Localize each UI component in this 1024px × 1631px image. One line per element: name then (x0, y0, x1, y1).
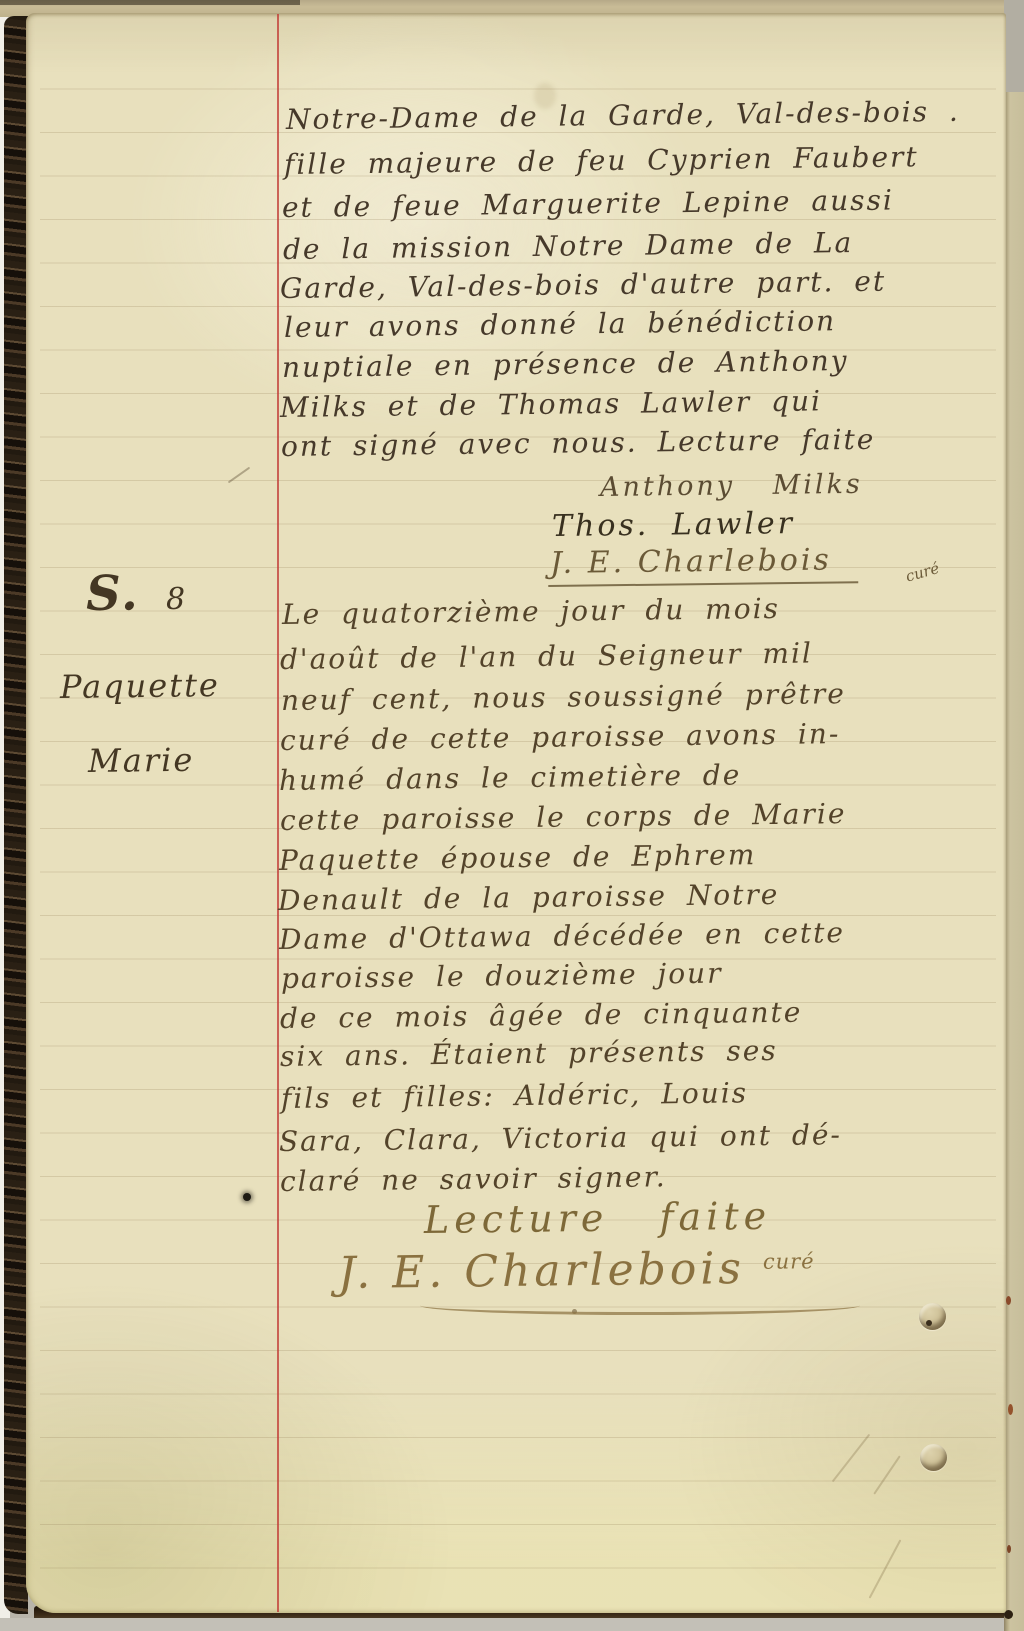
manuscript-line: humé dans le cimetière de (279, 758, 742, 797)
margin-entry-marker-letter: S. (86, 565, 140, 622)
priest-signature-text: J. E. Charlebois (548, 542, 858, 587)
book-binding-edge (4, 16, 28, 1614)
manuscript-line: Dame d'Ottawa décédée en cette (279, 916, 845, 956)
scan-background-bottom (0, 1618, 1024, 1631)
rust-speck (1006, 1296, 1011, 1305)
margin-surname: Paquette (60, 666, 220, 706)
rust-speck (1008, 1404, 1013, 1415)
punch-hole-bottom (920, 1444, 947, 1471)
adjacent-pages-edge (1004, 0, 1024, 1631)
top-edge-shadow (0, 0, 300, 5)
priest-signature: J. E. Charlebois (548, 542, 858, 581)
priest-final-signature-text: J. E. Charlebois (338, 1243, 746, 1299)
manuscript-line: leur avons donné la bénédiction (284, 304, 837, 344)
priest-final-title: curé (763, 1249, 815, 1274)
punch-hole-shadow-dot (926, 1320, 932, 1326)
adjacent-pages-edge-top (1004, 0, 1024, 92)
manuscript-line: d'août de l'an du Seigneur mil (280, 636, 813, 676)
witness-signature-anthony-milks: Anthony Milks (600, 469, 863, 503)
manuscript-line: de la mission Notre Dame de La (283, 226, 854, 266)
punch-hole-top (919, 1303, 946, 1330)
register-scan: S. 8 Paquette Marie Notre-Dame de la Gar… (0, 0, 1024, 1631)
manuscript-line: claré ne savoir signer. (280, 1160, 667, 1198)
manuscript-line: neuf cent, nous soussigné prêtre (281, 677, 846, 717)
manuscript-line: Denault de la paroisse Notre (278, 878, 780, 917)
manuscript-line: nuptiale en présence de Anthony (282, 344, 849, 384)
manuscript-line: de ce mois âgée de cinquante (280, 996, 803, 1035)
ink-speck (243, 1193, 251, 1201)
manuscript-line: Milks et de Thomas Lawler qui (280, 384, 822, 424)
manuscript-line: Sara, Clara, Victoria qui ont dé- (279, 1118, 842, 1158)
signature-underline-flourish (420, 1296, 860, 1315)
manuscript-line: paroisse le douzième jour (281, 957, 723, 995)
margin-given-name: Marie (88, 741, 195, 780)
manuscript-line: six ans. Étaient présents ses (280, 1034, 778, 1073)
red-margin-rule-line (277, 14, 279, 1612)
manuscript-line: Paquette épouse de Ephrem (279, 838, 757, 877)
priest-final-signature: J. E. Charlebois curé (338, 1242, 815, 1299)
witness-signature-thos-lawler: Thos. Lawler (552, 506, 795, 544)
margin-entry-marker-number: 8 (166, 582, 188, 617)
manuscript-line: Le quatorzième jour du mois (282, 592, 780, 631)
rust-speck (1007, 1545, 1011, 1553)
manuscript-line: cette paroisse le corps de Marie (280, 797, 847, 837)
closing-phrase: Lecture faite (424, 1194, 772, 1242)
manuscript-line: fils et filles: Aldéric, Louis (281, 1076, 748, 1115)
manuscript-line: curé de cette paroisse avons in- (280, 717, 841, 757)
